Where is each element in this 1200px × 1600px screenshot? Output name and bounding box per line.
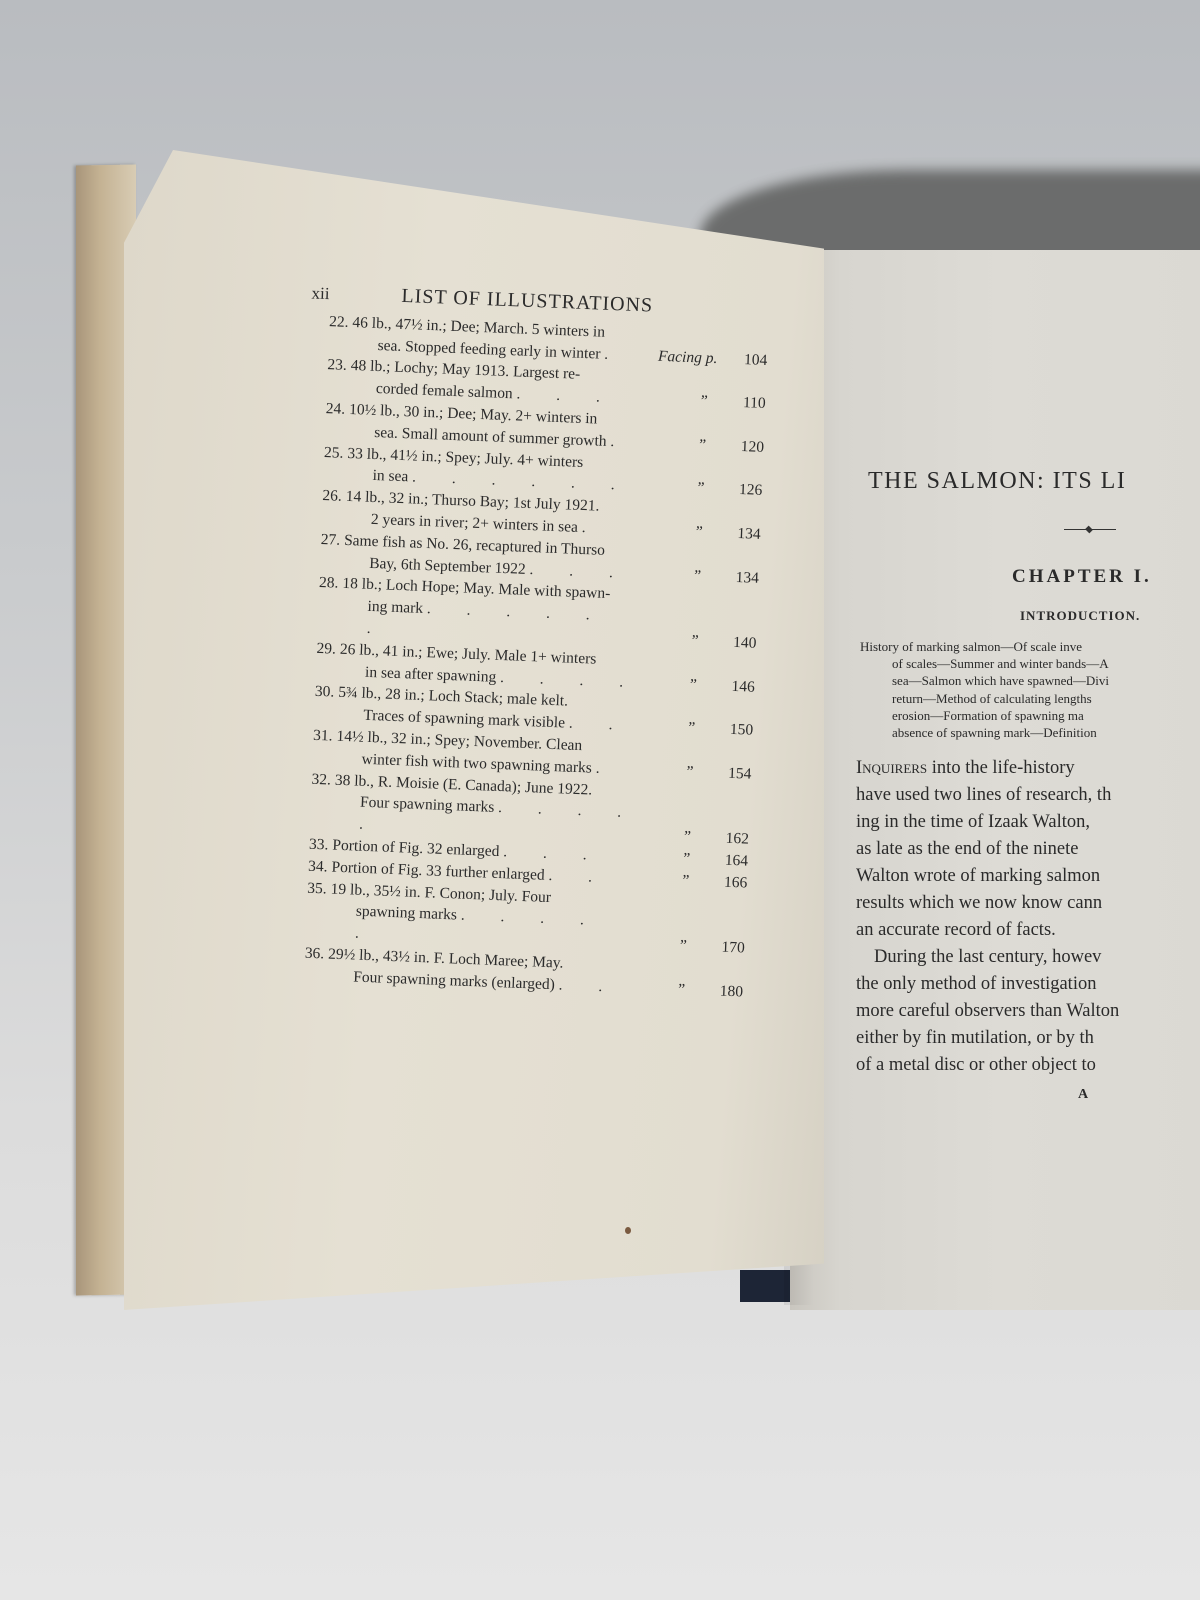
- page-number: 180: [703, 980, 744, 1003]
- page-number: 166: [707, 871, 748, 894]
- paper-spot: [625, 1227, 631, 1234]
- ditto-mark: ”: [700, 391, 708, 413]
- entry-number: 35.: [276, 876, 327, 900]
- entry-number: 30.: [284, 680, 335, 704]
- entry-number: 27.: [290, 528, 341, 552]
- ditto-mark: ”: [682, 870, 690, 892]
- entry-number: 22.: [298, 310, 349, 334]
- body-line: either by fin mutilation, or by th: [856, 1025, 1200, 1052]
- dot-leader: . . .: [516, 386, 616, 407]
- body-line: the only method of investigation: [856, 971, 1200, 998]
- entry-number: 36.: [274, 941, 325, 965]
- illustration-entries: 22.46 lb., 47½ in.; Dee; March. 5 winter…: [273, 310, 769, 1003]
- ditto-mark: ”: [683, 848, 691, 870]
- chapter-opening: THE SALMON: ITS LI CHAPTER I. INTRODUCTI…: [858, 468, 1200, 1103]
- page-number: 120: [724, 435, 765, 458]
- synopsis-line: return—Method of calculating lengths: [860, 690, 1200, 707]
- page-number: 104: [727, 348, 768, 371]
- synopsis-line: erosion—Formation of spawning ma: [860, 707, 1200, 724]
- lead-smallcaps: Inquirers: [856, 758, 927, 778]
- dot-leader: . . . . .: [359, 799, 638, 833]
- facing-label: Facing p.: [658, 345, 718, 369]
- entry-number: 25.: [293, 440, 344, 464]
- page-number: 154: [711, 762, 752, 785]
- page-number: 164: [708, 849, 749, 872]
- ditto-mark: ”: [697, 478, 705, 500]
- page-number: 170: [704, 936, 745, 959]
- ditto-mark: ”: [678, 979, 686, 1001]
- dot-leader: . .: [548, 867, 608, 886]
- dot-leader: . .: [558, 976, 618, 995]
- chapter-synopsis: History of marking salmon—Of scale inve …: [860, 638, 1200, 741]
- entry-number: 32.: [281, 767, 332, 791]
- entry-number: 29.: [286, 636, 337, 660]
- dot-leader: . . . .: [500, 669, 640, 691]
- ditto-mark: ”: [694, 565, 702, 587]
- entry-number: 23.: [296, 353, 347, 377]
- ditto-mark: ”: [679, 935, 687, 957]
- entry-number: 33.: [278, 833, 329, 857]
- body-line: of a metal disc or other object to: [856, 1052, 1200, 1079]
- page-number: 110: [725, 392, 766, 415]
- ditto-mark: ”: [688, 717, 696, 739]
- photo-scene: xii LIST OF ILLUSTRATIONS 22.46 lb., 47½…: [0, 0, 1200, 1600]
- page-number: 140: [716, 631, 757, 654]
- entry-number: 34.: [277, 854, 328, 878]
- entry-number: 24.: [295, 397, 346, 421]
- body-line: ing in the time of Izaak Walton,: [856, 809, 1200, 836]
- body-line: as late as the end of the ninete: [856, 836, 1200, 863]
- entry-number: 31.: [282, 724, 333, 748]
- body-line: During the last century, howev: [856, 944, 1200, 971]
- body-line: an accurate record of facts.: [856, 917, 1200, 944]
- ditto-mark: ”: [686, 761, 694, 783]
- body-line: more careful observers than Walton: [856, 998, 1200, 1025]
- dot-leader: . . . . .: [355, 907, 600, 942]
- chapter-heading: CHAPTER I.: [1012, 566, 1200, 588]
- ditto-mark: ”: [690, 674, 698, 696]
- synopsis-line: History of marking salmon—Of scale inve: [860, 638, 1200, 655]
- ditto-mark: ”: [695, 521, 703, 543]
- dot-leader: .: [582, 519, 603, 537]
- body-line: results which we now know cann: [856, 890, 1200, 917]
- body-line: have used two lines of research, th: [856, 782, 1200, 809]
- dot-leader: . .: [569, 715, 629, 734]
- dot-leader: .: [610, 433, 631, 451]
- section-heading: INTRODUCTION.: [1020, 608, 1200, 624]
- signature-mark: A: [1078, 1087, 1200, 1103]
- body-text: Inquirers into the life-history have use…: [856, 755, 1200, 1079]
- page-number: 126: [722, 479, 763, 502]
- page-number: 150: [713, 718, 754, 741]
- entry-number: 26.: [291, 484, 342, 508]
- dot-leader: . . .: [503, 843, 603, 864]
- synopsis-line: sea—Salmon which have spawned—Divi: [860, 672, 1200, 689]
- body-line: Walton wrote of marking salmon: [856, 863, 1200, 890]
- body-line: Inquirers into the life-history: [856, 755, 1200, 782]
- dot-leader: .: [604, 345, 625, 363]
- list-of-illustrations: xii LIST OF ILLUSTRATIONS 22.46 lb., 47½…: [273, 282, 770, 1003]
- ornament-rule: [1064, 529, 1116, 530]
- dot-leader: . . . . . .: [366, 600, 606, 637]
- page-number: 134: [719, 566, 760, 589]
- dot-leader: .: [595, 759, 616, 777]
- folio: xii: [299, 282, 402, 308]
- page-number: 146: [714, 675, 755, 698]
- synopsis-line: absence of spawning mark—Definition: [860, 724, 1200, 741]
- dot-leader: . . .: [529, 561, 629, 582]
- page-number: 134: [720, 522, 761, 545]
- ditto-mark: ”: [684, 826, 692, 848]
- synopsis-line: of scales—Summer and winter bands—A: [860, 655, 1200, 672]
- page-number: 162: [709, 827, 750, 850]
- ditto-mark: ”: [699, 434, 707, 456]
- entry-number: 28.: [288, 571, 339, 595]
- book-title: THE SALMON: ITS LI: [868, 468, 1200, 495]
- ditto-mark: ”: [691, 630, 699, 652]
